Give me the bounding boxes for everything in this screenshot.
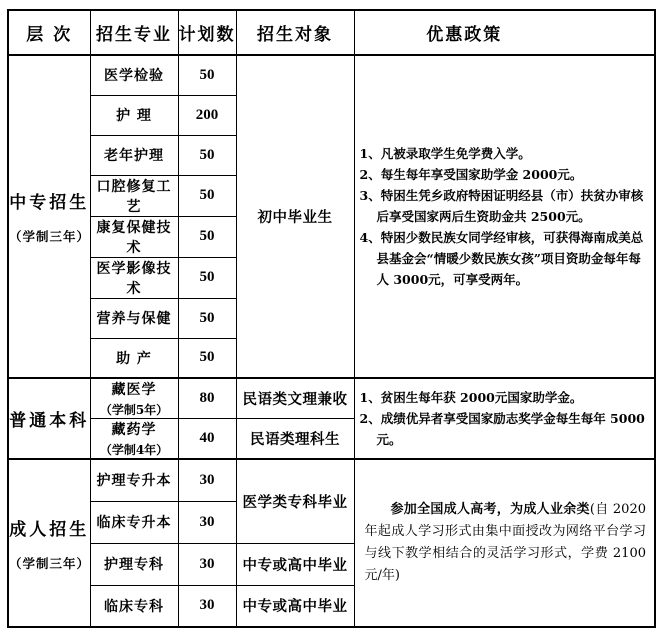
major-cell: 临床专升本 <box>90 501 178 543</box>
table-row: 成人招生 （学制三年） 护理专升本 30 医学类专科毕业 参加全国成人高考，为成… <box>8 459 655 501</box>
target-cell: 民语类文理兼收 <box>236 378 354 419</box>
plan-cell: 40 <box>178 419 236 460</box>
header-row: 层 次 招生专业 计划数 招生对象 优惠政策 <box>8 10 655 55</box>
level-cell-zhongzhuan: 中专招生 （学制三年） <box>8 55 90 378</box>
plan-cell: 50 <box>178 298 236 338</box>
major-note: （学制4年） <box>91 441 178 458</box>
table-row: 普通本科 藏医学 （学制5年） 80 民语类文理兼收 1、贫困生每年获 2000… <box>8 378 655 419</box>
major-cell: 口腔修复工艺 <box>90 175 178 216</box>
major-cell: 医学影像技术 <box>90 257 178 298</box>
plan-cell: 200 <box>178 95 236 135</box>
enrollment-table-sheet: 层 次 招生专业 计划数 招生对象 优惠政策 中专招生 （学制三年） 医学检验 … <box>7 9 654 623</box>
policy-item: 3、特困生凭乡政府特困证明经县（市）扶贫办审核后享受国家两后生资助金共 2500… <box>360 185 651 227</box>
plan-cell: 50 <box>178 175 236 216</box>
major-cell: 护理专升本 <box>90 459 178 501</box>
major-cell: 助 产 <box>90 338 178 378</box>
header-level: 层 次 <box>8 10 90 55</box>
major-cell: 藏医学 （学制5年） <box>90 378 178 419</box>
policy-cell-zhongzhuan: 1、凡被录取学生免学费入学。 2、每生每年享受国家助学金 2000元。 3、特困… <box>354 55 655 378</box>
major-cell: 护理专科 <box>90 543 178 585</box>
target-cell: 中专或高中毕业 <box>236 585 354 627</box>
enrollment-table: 层 次 招生专业 计划数 招生对象 优惠政策 中专招生 （学制三年） 医学检验 … <box>7 9 656 628</box>
plan-cell: 30 <box>178 543 236 585</box>
plan-cell: 50 <box>178 55 236 95</box>
target-cell: 初中毕业生 <box>236 55 354 378</box>
header-plan: 计划数 <box>178 10 236 55</box>
plan-cell: 50 <box>178 216 236 257</box>
policy-cell-chengren: 参加全国成人高考，为成人业余类(自 2020 年起成人学习形式由集中面授改为网络… <box>354 459 655 627</box>
plan-cell: 50 <box>178 135 236 175</box>
level-note: （学制三年） <box>9 554 90 572</box>
table-row: 中专招生 （学制三年） 医学检验 50 初中毕业生 1、凡被录取学生免学费入学。… <box>8 55 655 95</box>
major-cell: 营养与保健 <box>90 298 178 338</box>
level-note: （学制三年） <box>9 227 90 245</box>
major-cell: 藏药学 （学制4年） <box>90 419 178 460</box>
level-name: 普通本科 <box>9 406 90 431</box>
target-cell: 中专或高中毕业 <box>236 543 354 585</box>
major-cell: 康复保健技术 <box>90 216 178 257</box>
policy-item: 1、贫困生每年获 2000元国家助学金。 <box>360 387 651 408</box>
policy-item: 4、特困少数民族女同学经审核，可获得海南成美总县基金会“情暖少数民族女孩”项目资… <box>360 227 651 290</box>
header-major: 招生专业 <box>90 10 178 55</box>
level-cell-chengren: 成人招生 （学制三年） <box>8 459 90 627</box>
target-cell: 民语类理科生 <box>236 419 354 460</box>
level-name: 成人招生 <box>9 515 90 540</box>
policy-item: 2、每生每年享受国家助学金 2000元。 <box>360 164 651 185</box>
policy-item: 2、成绩优异者享受国家励志奖学金每生每年 5000 元。 <box>360 408 651 450</box>
major-note: （学制5年） <box>91 401 178 418</box>
target-cell: 医学类专科毕业 <box>236 459 354 543</box>
plan-cell: 30 <box>178 585 236 627</box>
major-name: 藏医学 <box>91 379 178 399</box>
policy-paragraph: 参加全国成人高考，为成人业余类(自 2020 年起成人学习形式由集中面授改为网络… <box>365 499 647 587</box>
plan-cell: 80 <box>178 378 236 419</box>
header-target: 招生对象 <box>236 10 354 55</box>
major-cell: 护 理 <box>90 95 178 135</box>
level-name: 中专招生 <box>9 188 90 213</box>
plan-cell: 30 <box>178 459 236 501</box>
plan-cell: 50 <box>178 338 236 378</box>
major-name: 藏药学 <box>91 419 178 439</box>
major-cell: 老年护理 <box>90 135 178 175</box>
policy-cell-benke: 1、贫困生每年获 2000元国家助学金。 2、成绩优异者享受国家励志奖学金每生每… <box>354 378 655 459</box>
policy-lead: 参加全国成人高考，为成人业余类 <box>391 502 590 517</box>
level-cell-benke: 普通本科 <box>8 378 90 459</box>
header-policy: 优惠政策 <box>354 10 655 55</box>
plan-cell: 30 <box>178 501 236 543</box>
major-cell: 医学检验 <box>90 55 178 95</box>
major-cell: 临床专科 <box>90 585 178 627</box>
policy-item: 1、凡被录取学生免学费入学。 <box>360 143 651 164</box>
plan-cell: 50 <box>178 257 236 298</box>
